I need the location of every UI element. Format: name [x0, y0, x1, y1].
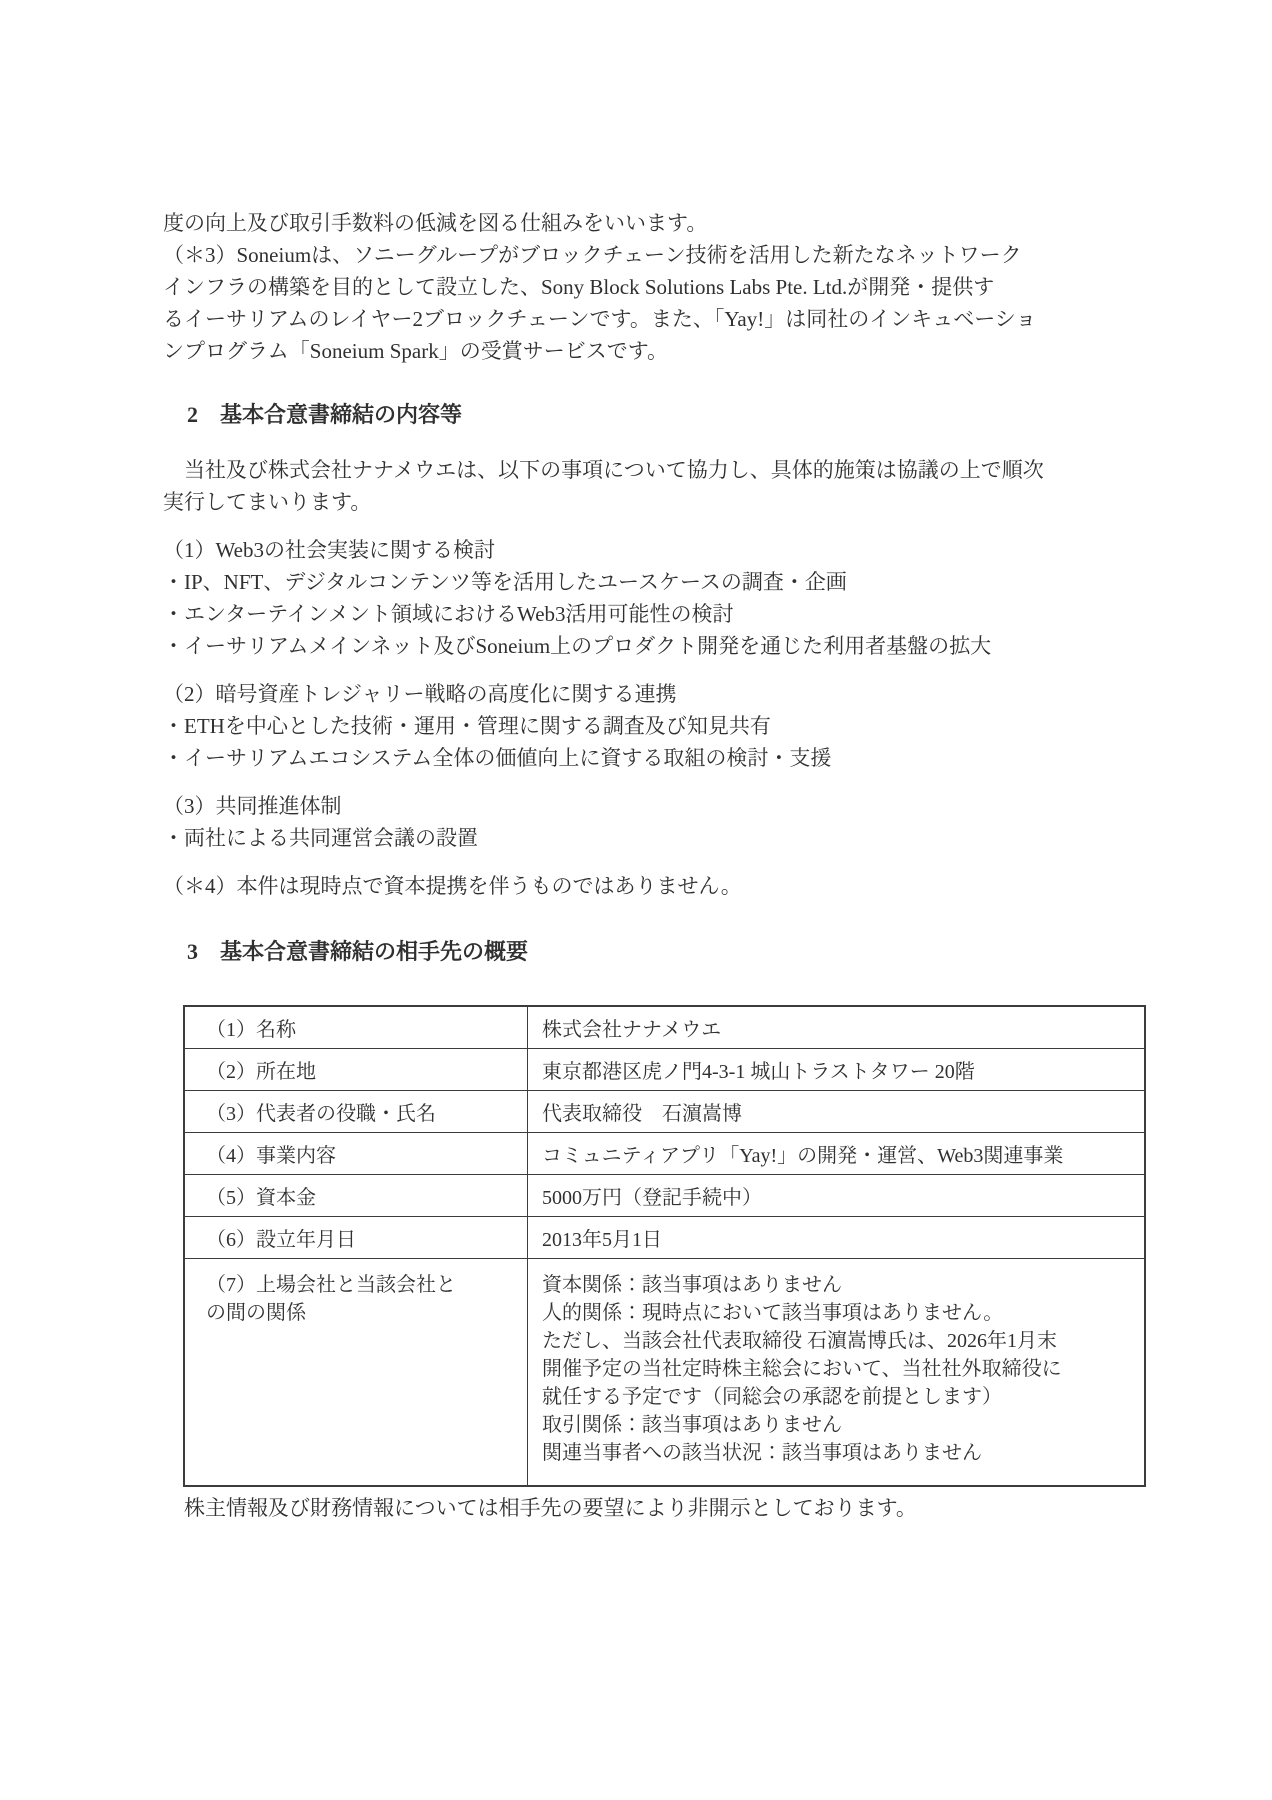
agreement-item-1: （1）Web3の社会実装に関する検討 ・IP、NFT、デジタルコンテンツ等を活用…: [163, 534, 1123, 662]
relationship-value-line: 関連当事者への該当状況：該当事項はありません: [542, 1439, 1136, 1467]
agreement-item-3: （3）共同推進体制 ・両社による共同運営会議の設置: [163, 790, 1123, 854]
row-value: 株式会社ナナメウエ: [542, 1019, 721, 1041]
relationship-label-line: の間の関係: [206, 1299, 521, 1327]
row-value-cell: 東京都港区虎ノ門4-3-1 城山トラストタワー 20階: [528, 1049, 1146, 1091]
table-row-capital: （5）資本金 5000万円（登記手続中）: [184, 1175, 1145, 1217]
row-value-cell: 5000万円（登記手続中）: [528, 1175, 1146, 1217]
row-value-cell: 資本関係：該当事項はありません 人的関係：現時点において該当事項はありません。 …: [528, 1259, 1146, 1487]
note-3-line: インフラの構築を目的として設立した、Sony Block Solutions L…: [163, 271, 1123, 303]
row-label-cell: （6）設立年月日: [184, 1217, 528, 1259]
section-2-lead-paragraph: 当社及び株式会社ナナメウエは、以下の事項について協力し、具体的施策は協議の上で順…: [163, 454, 1123, 518]
item-1-bullet: ・イーサリアムメインネット及びSoneium上のプロダクト開発を通じた利用者基盤…: [163, 630, 1123, 662]
row-label: （2）所在地: [206, 1061, 316, 1083]
row-value: 代表取締役 石濵嵩博: [542, 1103, 742, 1125]
note-4-line: （＊4）本件は現時点で資本提携を伴うものではありません。: [163, 870, 1123, 902]
row-label-cell: （3）代表者の役職・氏名: [184, 1091, 528, 1133]
relationship-value-line: 人的関係：現時点において該当事項はありません。: [542, 1299, 1136, 1327]
note-3-line: （＊3）Soneiumは、ソニーグループがブロックチェーン技術を活用した新たなネ…: [163, 239, 1123, 271]
relationship-value-line: 開催予定の当社定時株主総会において、当社社外取締役に: [542, 1355, 1136, 1383]
table-footnote: 株主情報及び財務情報については相手先の要望により非開示としております。: [163, 1492, 1123, 1524]
row-label: （1）名称: [206, 1019, 296, 1041]
row-value: 5000万円（登記手続中）: [542, 1187, 762, 1209]
section-2-title: 基本合意書締結の内容等: [220, 402, 462, 427]
row-label: （3）代表者の役職・氏名: [206, 1103, 436, 1125]
note-3-line: ンプログラム「Soneium Spark」の受賞サービスです。: [163, 335, 1123, 367]
item-3-bullet: ・両社による共同運営会議の設置: [163, 822, 1123, 854]
section-2-heading: 2基本合意書締結の内容等: [163, 398, 1123, 432]
document-content: 度の向上及び取引手数料の低減を図る仕組みをいいます。 （＊3）Soneiumは、…: [163, 207, 1123, 1524]
intro-tail-line: 度の向上及び取引手数料の低減を図る仕組みをいいます。: [163, 207, 1123, 239]
table-row-established: （6）設立年月日 2013年5月1日: [184, 1217, 1145, 1259]
agreement-item-2: （2）暗号資産トレジャリー戦略の高度化に関する連携 ・ETHを中心とした技術・運…: [163, 678, 1123, 774]
section-3-number: 3: [187, 939, 198, 964]
item-1-title: （1）Web3の社会実装に関する検討: [163, 534, 1123, 566]
row-value-cell: 2013年5月1日: [528, 1217, 1146, 1259]
section-3-heading: 3基本合意書締結の相手先の概要: [163, 935, 1123, 969]
row-label: （4）事業内容: [206, 1145, 336, 1167]
relationship-value-line: ただし、当該会社代表取締役 石濵嵩博氏は、2026年1月末: [542, 1327, 1136, 1355]
item-1-bullet: ・エンターテインメント領域におけるWeb3活用可能性の検討: [163, 598, 1123, 630]
row-value-cell: 代表取締役 石濵嵩博: [528, 1091, 1146, 1133]
row-label: （5）資本金: [206, 1187, 316, 1209]
section-2-number: 2: [187, 402, 198, 427]
lead-line: 実行してまいります。: [163, 486, 1123, 518]
row-value: 2013年5月1日: [542, 1229, 662, 1251]
note-3-line: るイーサリアムのレイヤー2ブロックチェーンです。また、「Yay!」は同社のインキ…: [163, 303, 1123, 335]
counterparty-summary-table: （1）名称 株式会社ナナメウエ （2）所在地 東京都港区虎ノ門4-3-1 城山ト…: [183, 1005, 1146, 1487]
item-1-bullet: ・IP、NFT、デジタルコンテンツ等を活用したユースケースの調査・企画: [163, 566, 1123, 598]
item-2-title: （2）暗号資産トレジャリー戦略の高度化に関する連携: [163, 678, 1123, 710]
item-2-bullet: ・ETHを中心とした技術・運用・管理に関する調査及び知見共有: [163, 710, 1123, 742]
table-row-representative: （3）代表者の役職・氏名 代表取締役 石濵嵩博: [184, 1091, 1145, 1133]
row-value-cell: 株式会社ナナメウエ: [528, 1006, 1146, 1049]
relationship-label-line: （7）上場会社と当該会社と: [206, 1271, 521, 1299]
row-label-cell: （1）名称: [184, 1006, 528, 1049]
table-row-relationship: （7）上場会社と当該会社と の間の関係 資本関係：該当事項はありません 人的関係…: [184, 1259, 1145, 1487]
item-3-title: （3）共同推進体制: [163, 790, 1123, 822]
row-value-cell: コミュニティアプリ「Yay!」の開発・運営、Web3関連事業: [528, 1133, 1146, 1175]
note-3-paragraph: （＊3）Soneiumは、ソニーグループがブロックチェーン技術を活用した新たなネ…: [163, 239, 1123, 367]
lead-line: 当社及び株式会社ナナメウエは、以下の事項について協力し、具体的施策は協議の上で順…: [163, 454, 1123, 486]
relationship-value-line: 資本関係：該当事項はありません: [542, 1271, 1136, 1299]
section-3-title: 基本合意書締結の相手先の概要: [220, 939, 528, 964]
relationship-value-line: 就任する予定です（同総会の承認を前提とします）: [542, 1383, 1136, 1411]
row-label-cell: （4）事業内容: [184, 1133, 528, 1175]
table-row-address: （2）所在地 東京都港区虎ノ門4-3-1 城山トラストタワー 20階: [184, 1049, 1145, 1091]
table-row-business: （4）事業内容 コミュニティアプリ「Yay!」の開発・運営、Web3関連事業: [184, 1133, 1145, 1175]
relationship-value-line: 取引関係：該当事項はありません: [542, 1411, 1136, 1439]
row-label: （6）設立年月日: [206, 1229, 356, 1251]
row-value: コミュニティアプリ「Yay!」の開発・運営、Web3関連事業: [542, 1145, 1063, 1167]
row-value: 東京都港区虎ノ門4-3-1 城山トラストタワー 20階: [542, 1061, 975, 1083]
row-label-cell: （2）所在地: [184, 1049, 528, 1091]
item-2-bullet: ・イーサリアムエコシステム全体の価値向上に資する取組の検討・支援: [163, 742, 1123, 774]
row-label-cell: （5）資本金: [184, 1175, 528, 1217]
row-label-cell: （7）上場会社と当該会社と の間の関係: [184, 1259, 528, 1487]
document-page: 度の向上及び取引手数料の低減を図る仕組みをいいます。 （＊3）Soneiumは、…: [0, 0, 1272, 1800]
table-row-name: （1）名称 株式会社ナナメウエ: [184, 1006, 1145, 1049]
